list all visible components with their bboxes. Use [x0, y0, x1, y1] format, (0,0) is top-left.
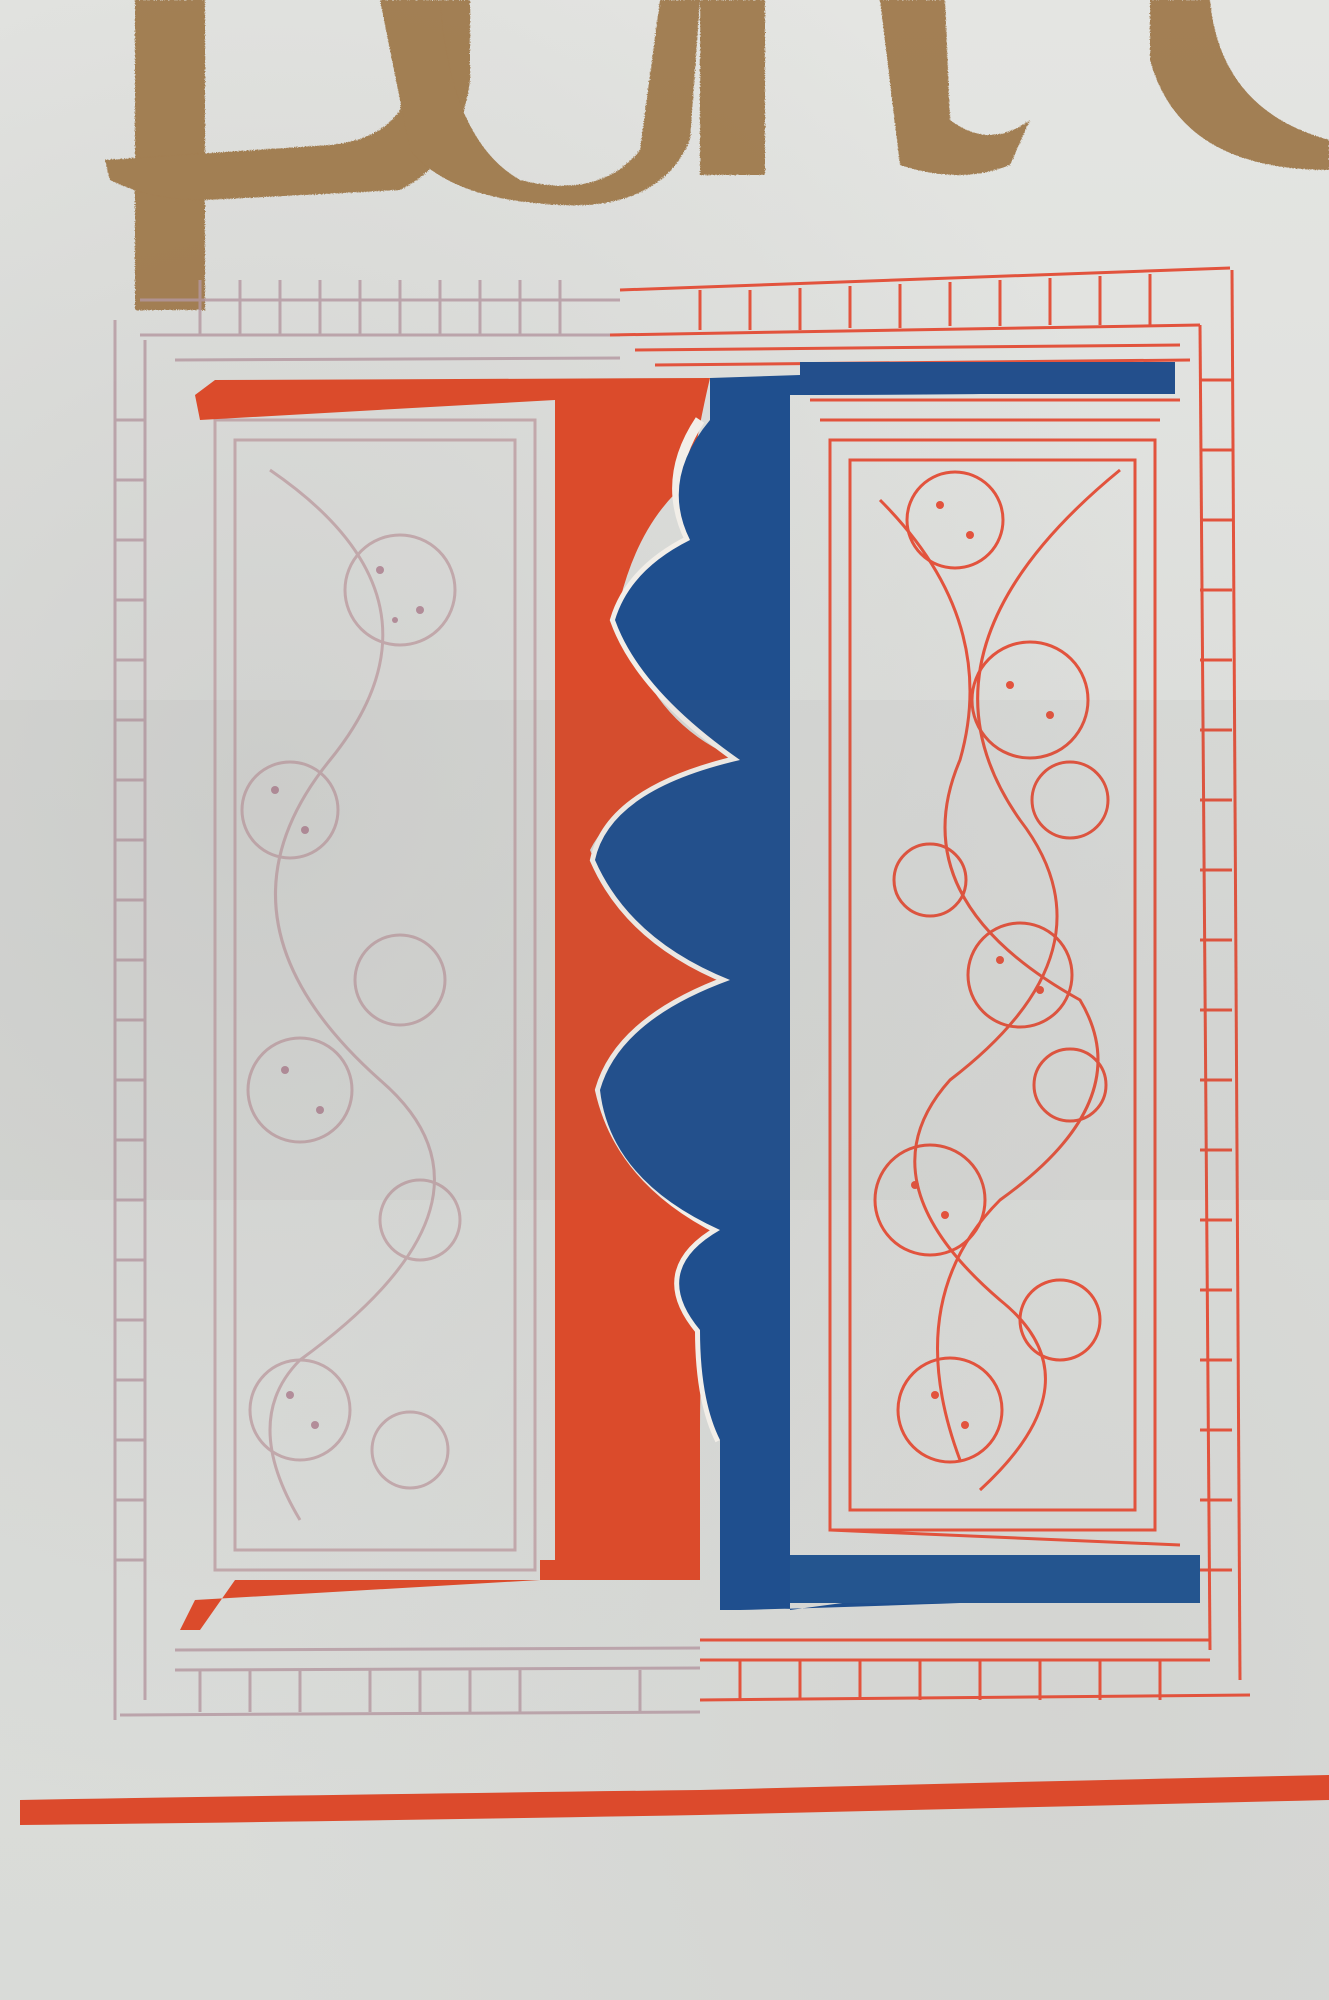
initial-blue-top-bar	[800, 362, 1175, 394]
red-ruling-line	[20, 1775, 1329, 1825]
lighting-shade	[0, 700, 1329, 1200]
initial-blue-bottom-bar	[790, 1555, 1200, 1603]
illuminated-initial-artwork	[0, 0, 1329, 2000]
manuscript-page	[0, 0, 1329, 2000]
gothic-text-fragment	[105, 0, 1329, 310]
